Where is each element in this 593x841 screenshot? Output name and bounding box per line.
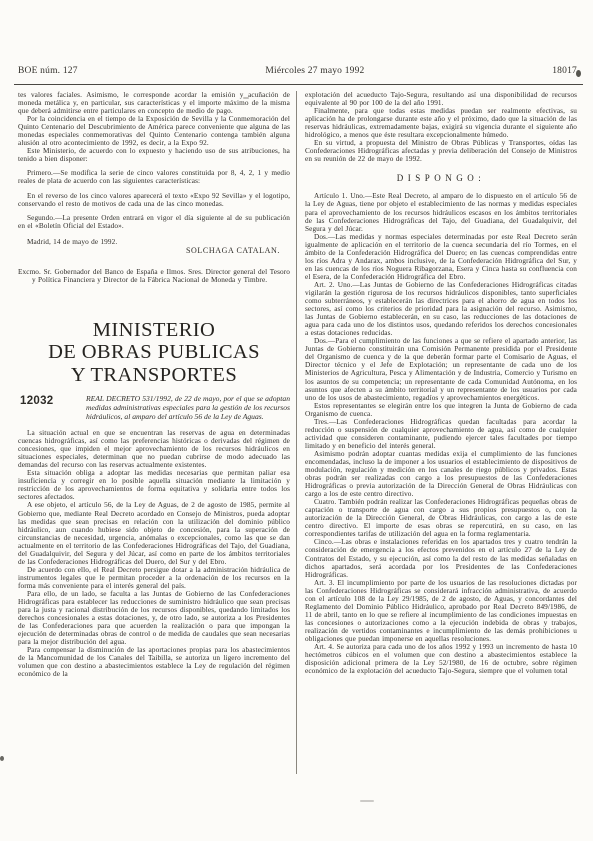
text-columns: tes valores faciales. Asimismo, le corre…	[18, 91, 579, 821]
body-paragraph: A ese objeto, el artículo 56, de la Ley …	[18, 501, 290, 565]
gazette-item: 12032 REAL DECRETO 531/1992, de 22 de ma…	[18, 395, 290, 422]
continued-paragraph: explotación del acueducto Tajo-Segura, r…	[305, 91, 577, 107]
order-clause-segundo: Segundo.—La presente Orden entrará en vi…	[18, 214, 290, 230]
signature: SOLCHAGA CATALAN.	[18, 246, 290, 255]
body-paragraph: De acuerdo con ello, el Real Decreto per…	[18, 566, 290, 590]
page-number: 18017	[552, 66, 577, 76]
article-paragraph: Cinco.—Las obras e instalaciones referid…	[305, 538, 577, 578]
decree-summary: REAL DECRETO 531/1992, de 22 de mayo, po…	[86, 395, 290, 422]
ministry-heading: MINISTERIO DE OBRAS PUBLICAS Y TRANSPORT…	[18, 319, 290, 387]
body-paragraph: Para ello, de un lado, se faculta a las …	[18, 590, 290, 646]
decree-preamble: La situación actual en que se encuentran…	[18, 429, 290, 678]
item-number: 12032	[18, 395, 66, 422]
body-paragraph: Este Ministerio, de acuerdo con lo expue…	[18, 147, 290, 163]
issue-label: BOE núm. 127	[18, 66, 78, 76]
article-paragraph: Dos.—Para el cumplimiento de las funcion…	[305, 337, 577, 401]
page-header: BOE núm. 127 Miércoles 27 mayo 1992 1801…	[18, 66, 577, 76]
body-paragraph: Finalmente, para que todas estas medidas…	[305, 107, 577, 139]
body-paragraph: En su virtud, a propuesta del Ministro d…	[305, 139, 577, 163]
article-paragraph: Asimismo podrán adoptar cuantas medidas …	[305, 450, 577, 498]
article-paragraph: Cuatro. También podrán realizar las Conf…	[305, 498, 577, 538]
right-column: explotación del acueducto Tajo-Segura, r…	[305, 91, 577, 821]
order-clause-reverso: En el reverso de los cinco valores apare…	[18, 192, 290, 208]
ministry-heading-line: DE OBRAS PUBLICAS	[18, 341, 290, 364]
article-paragraph: Art. 4. Se autoriza para cada uno de los…	[305, 643, 577, 675]
body-paragraph: Esta situación obliga a adoptar las medi…	[18, 469, 290, 501]
scan-speck	[576, 70, 581, 77]
date-label: Miércoles 27 mayo 1992	[265, 66, 364, 76]
body-paragraph: La situación actual en que se encuentran…	[18, 429, 290, 469]
scan-speck	[360, 800, 374, 802]
article-paragraph: Estos representantes se elegirán entre l…	[305, 402, 577, 418]
dateline: Madrid, 14 de mayo de 1992.	[18, 238, 290, 246]
header-rule	[14, 84, 583, 85]
continued-paragraph: tes valores faciales. Asimismo, le corre…	[18, 91, 290, 115]
article-paragraph: Tres.—Las Confederaciones Hidrográficas …	[305, 418, 577, 450]
boe-gazette-page: BOE núm. 127 Miércoles 27 mayo 1992 1801…	[0, 0, 593, 841]
body-paragraph: Por la coincidencia en el tiempo de la E…	[18, 115, 290, 147]
ministry-heading-line: Y TRANSPORTES	[18, 364, 290, 387]
left-column: tes valores faciales. Asimismo, le corre…	[18, 91, 290, 821]
ministry-heading-line: MINISTERIO	[18, 319, 290, 342]
body-paragraph: Para compensar la disminución de las apo…	[18, 646, 290, 678]
dispongo-heading: DISPONGO:	[305, 173, 577, 183]
scan-speck	[243, 97, 249, 99]
addressee: Excmo. Sr. Gobernador del Banco de Españ…	[18, 268, 290, 284]
article-paragraph: Art. 2. Uno.—Las Juntas de Gobierno de l…	[305, 281, 577, 337]
order-clause-primero: Primero.—Se modifica la serie de cinco v…	[18, 169, 290, 185]
article-paragraph: Dos.—Las medidas y normas especiales det…	[305, 233, 577, 281]
article-paragraph: Art. 3. El incumplimiento por parte de l…	[305, 579, 577, 643]
article-paragraph: Artículo 1. Uno.—Este Real Decreto, al a…	[305, 192, 577, 232]
scan-speck	[0, 756, 4, 761]
